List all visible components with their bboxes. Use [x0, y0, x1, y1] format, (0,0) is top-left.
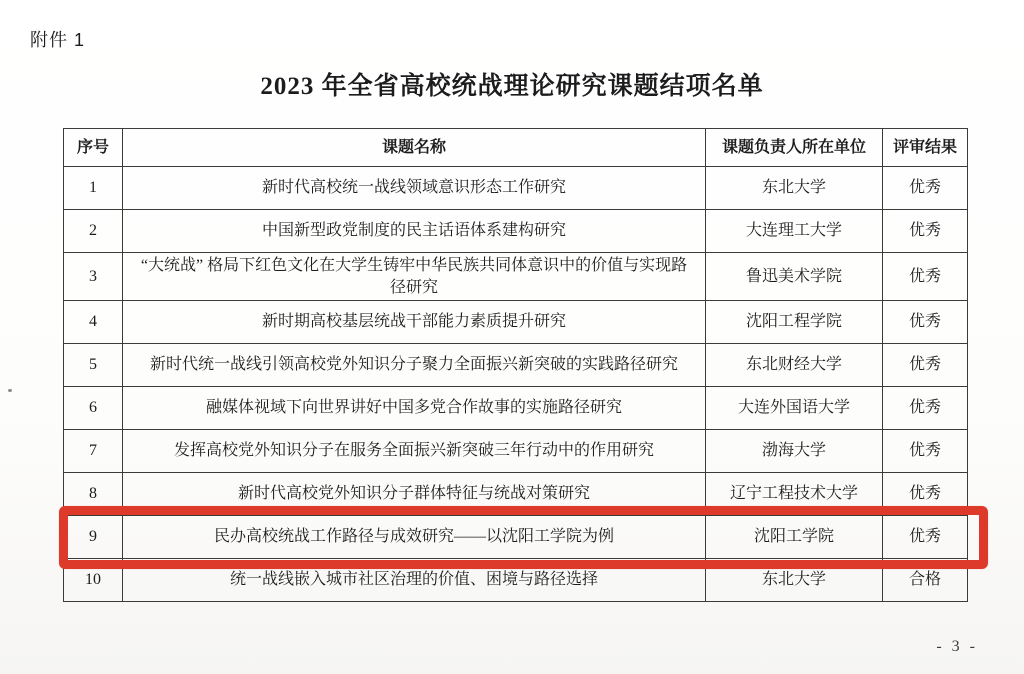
table-row: 6 融媒体视域下向世界讲好中国多党合作故事的实施路径研究 大连外国语大学 优秀 — [64, 387, 968, 430]
table-row: 8 新时代高校党外知识分子群体特征与统战对策研究 辽宁工程技术大学 优秀 — [64, 473, 968, 516]
row-review-result: 优秀 — [883, 344, 968, 387]
row-review-result: 优秀 — [883, 387, 968, 430]
row-project-title: 统一战线嵌入城市社区治理的价值、困境与路径选择 — [123, 559, 706, 602]
attachment-label: 附件 1 — [30, 26, 85, 52]
row-serial-number: 7 — [64, 430, 123, 473]
row-serial-number: 6 — [64, 387, 123, 430]
row-project-title: 新时期高校基层统战干部能力素质提升研究 — [123, 301, 706, 344]
results-table: 序号 课题名称 课题负责人所在单位 评审结果 1 新时代高校统一战线领域意识形态… — [63, 128, 968, 602]
row-leader-unit: 大连外国语大学 — [706, 387, 883, 430]
row-project-title: 民办高校统战工作路径与成效研究——以沈阳工学院为例 — [123, 516, 706, 559]
scan-speck — [8, 389, 12, 392]
row-review-result: 优秀 — [883, 167, 968, 210]
page-number: - 3 - — [936, 638, 978, 656]
row-leader-unit: 辽宁工程技术大学 — [706, 473, 883, 516]
row-leader-unit: 沈阳工程学院 — [706, 301, 883, 344]
row-leader-unit: 鲁迅美术学院 — [706, 253, 883, 301]
row-serial-number: 1 — [64, 167, 123, 210]
table-row: 3 “大统战” 格局下红色文化在大学生铸牢中华民族共同体意识中的价值与实现路径研… — [64, 253, 968, 301]
header-serial-number: 序号 — [64, 129, 123, 167]
row-project-title: 发挥高校党外知识分子在服务全面振兴新突破三年行动中的作用研究 — [123, 430, 706, 473]
table-row: 2 中国新型政党制度的民主话语体系建构研究 大连理工大学 优秀 — [64, 210, 968, 253]
row-serial-number: 10 — [64, 559, 123, 602]
header-review-result: 评审结果 — [883, 129, 968, 167]
table-body: 1 新时代高校统一战线领域意识形态工作研究 东北大学 优秀 2 中国新型政党制度… — [64, 167, 968, 602]
row-serial-number: 8 — [64, 473, 123, 516]
row-leader-unit: 东北大学 — [706, 559, 883, 602]
row-project-title: 中国新型政党制度的民主话语体系建构研究 — [123, 210, 706, 253]
row-review-result: 优秀 — [883, 253, 968, 301]
row-serial-number: 2 — [64, 210, 123, 253]
row-project-title: 融媒体视域下向世界讲好中国多党合作故事的实施路径研究 — [123, 387, 706, 430]
table-header: 序号 课题名称 课题负责人所在单位 评审结果 — [64, 129, 968, 167]
table-row: 4 新时期高校基层统战干部能力素质提升研究 沈阳工程学院 优秀 — [64, 301, 968, 344]
row-review-result: 优秀 — [883, 516, 968, 559]
row-review-result: 优秀 — [883, 473, 968, 516]
table-header-row: 序号 课题名称 课题负责人所在单位 评审结果 — [64, 129, 968, 167]
row-project-title: 新时代高校党外知识分子群体特征与统战对策研究 — [123, 473, 706, 516]
table-row: 7 发挥高校党外知识分子在服务全面振兴新突破三年行动中的作用研究 渤海大学 优秀 — [64, 430, 968, 473]
header-leader-unit: 课题负责人所在单位 — [706, 129, 883, 167]
table-row: 1 新时代高校统一战线领域意识形态工作研究 东北大学 优秀 — [64, 167, 968, 210]
row-leader-unit: 东北财经大学 — [706, 344, 883, 387]
row-serial-number: 5 — [64, 344, 123, 387]
row-review-result: 优秀 — [883, 430, 968, 473]
row-project-title: 新时代高校统一战线领域意识形态工作研究 — [123, 167, 706, 210]
table-row: 5 新时代统一战线引领高校党外知识分子聚力全面振兴新突破的实践路径研究 东北财经… — [64, 344, 968, 387]
row-serial-number: 9 — [64, 516, 123, 559]
row-review-result: 优秀 — [883, 210, 968, 253]
table-row: 10 统一战线嵌入城市社区治理的价值、困境与路径选择 东北大学 合格 — [64, 559, 968, 602]
row-serial-number: 4 — [64, 301, 123, 344]
row-leader-unit: 沈阳工学院 — [706, 516, 883, 559]
row-leader-unit: 渤海大学 — [706, 430, 883, 473]
row-review-result: 优秀 — [883, 301, 968, 344]
row-project-title: 新时代统一战线引领高校党外知识分子聚力全面振兴新突破的实践路径研究 — [123, 344, 706, 387]
header-project-title: 课题名称 — [123, 129, 706, 167]
row-leader-unit: 大连理工大学 — [706, 210, 883, 253]
row-project-title: “大统战” 格局下红色文化在大学生铸牢中华民族共同体意识中的价值与实现路径研究 — [123, 253, 706, 301]
page-title: 2023 年全省高校统战理论研究课题结项名单 — [0, 66, 1024, 102]
row-serial-number: 3 — [64, 253, 123, 301]
row-leader-unit: 东北大学 — [706, 167, 883, 210]
table-row-highlighted: 9 民办高校统战工作路径与成效研究——以沈阳工学院为例 沈阳工学院 优秀 — [64, 516, 968, 559]
row-review-result: 合格 — [883, 559, 968, 602]
results-table-container: 序号 课题名称 课题负责人所在单位 评审结果 1 新时代高校统一战线领域意识形态… — [63, 128, 967, 602]
